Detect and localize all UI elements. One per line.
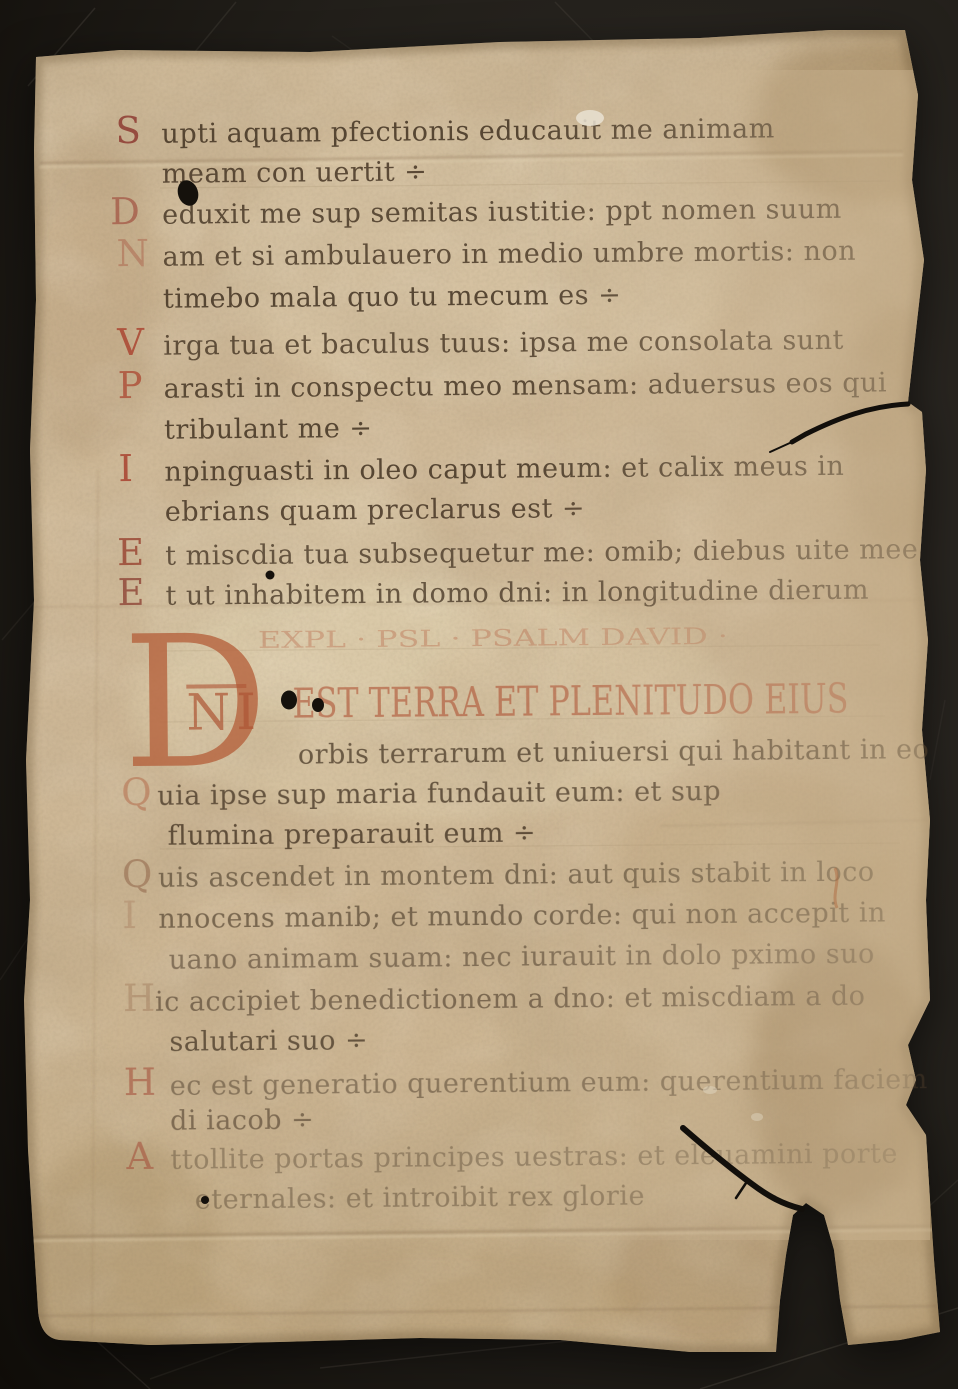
versal-initial: E: [117, 531, 144, 574]
versal-initial: P: [117, 364, 142, 407]
surface-fleck: [703, 1086, 717, 1094]
manuscript-line: salutari suo ÷: [169, 1025, 368, 1058]
display-inset-NI: NI: [186, 683, 262, 742]
versal-initial: I: [122, 894, 137, 937]
versal-initial: N: [116, 232, 149, 275]
manuscript-line: flumina preparauit eum ÷: [167, 818, 536, 852]
worm-hole: [281, 691, 297, 710]
manuscript-line: di iacob ÷: [170, 1104, 314, 1136]
versal-initial: D: [110, 190, 140, 233]
versal-initial: Q: [122, 853, 153, 896]
versal-initial: A: [125, 1135, 154, 1178]
worm-hole: [312, 698, 324, 712]
versal-initial: V: [116, 321, 145, 364]
versal-initial: I: [118, 447, 133, 490]
photo-canvas: Supti aquam pfectionis educauit me anima…: [0, 0, 958, 1389]
versal-initial: S: [115, 109, 141, 152]
versal-initial: H: [124, 1061, 157, 1104]
versal-initial: H: [123, 977, 156, 1020]
manuscript-photo: Supti aquam pfectionis educauit me anima…: [0, 0, 958, 1389]
manuscript-line: tribulant me ÷: [164, 413, 373, 446]
red-marginal-mark: [835, 868, 837, 908]
surface-fleck: [751, 1113, 763, 1121]
worm-hole: [266, 571, 275, 580]
manuscript-line: meam con uertit ÷: [162, 156, 428, 189]
worm-hole: [201, 1196, 209, 1204]
surface-fleck: [576, 110, 604, 126]
text-fade-wash: [520, 70, 930, 1240]
